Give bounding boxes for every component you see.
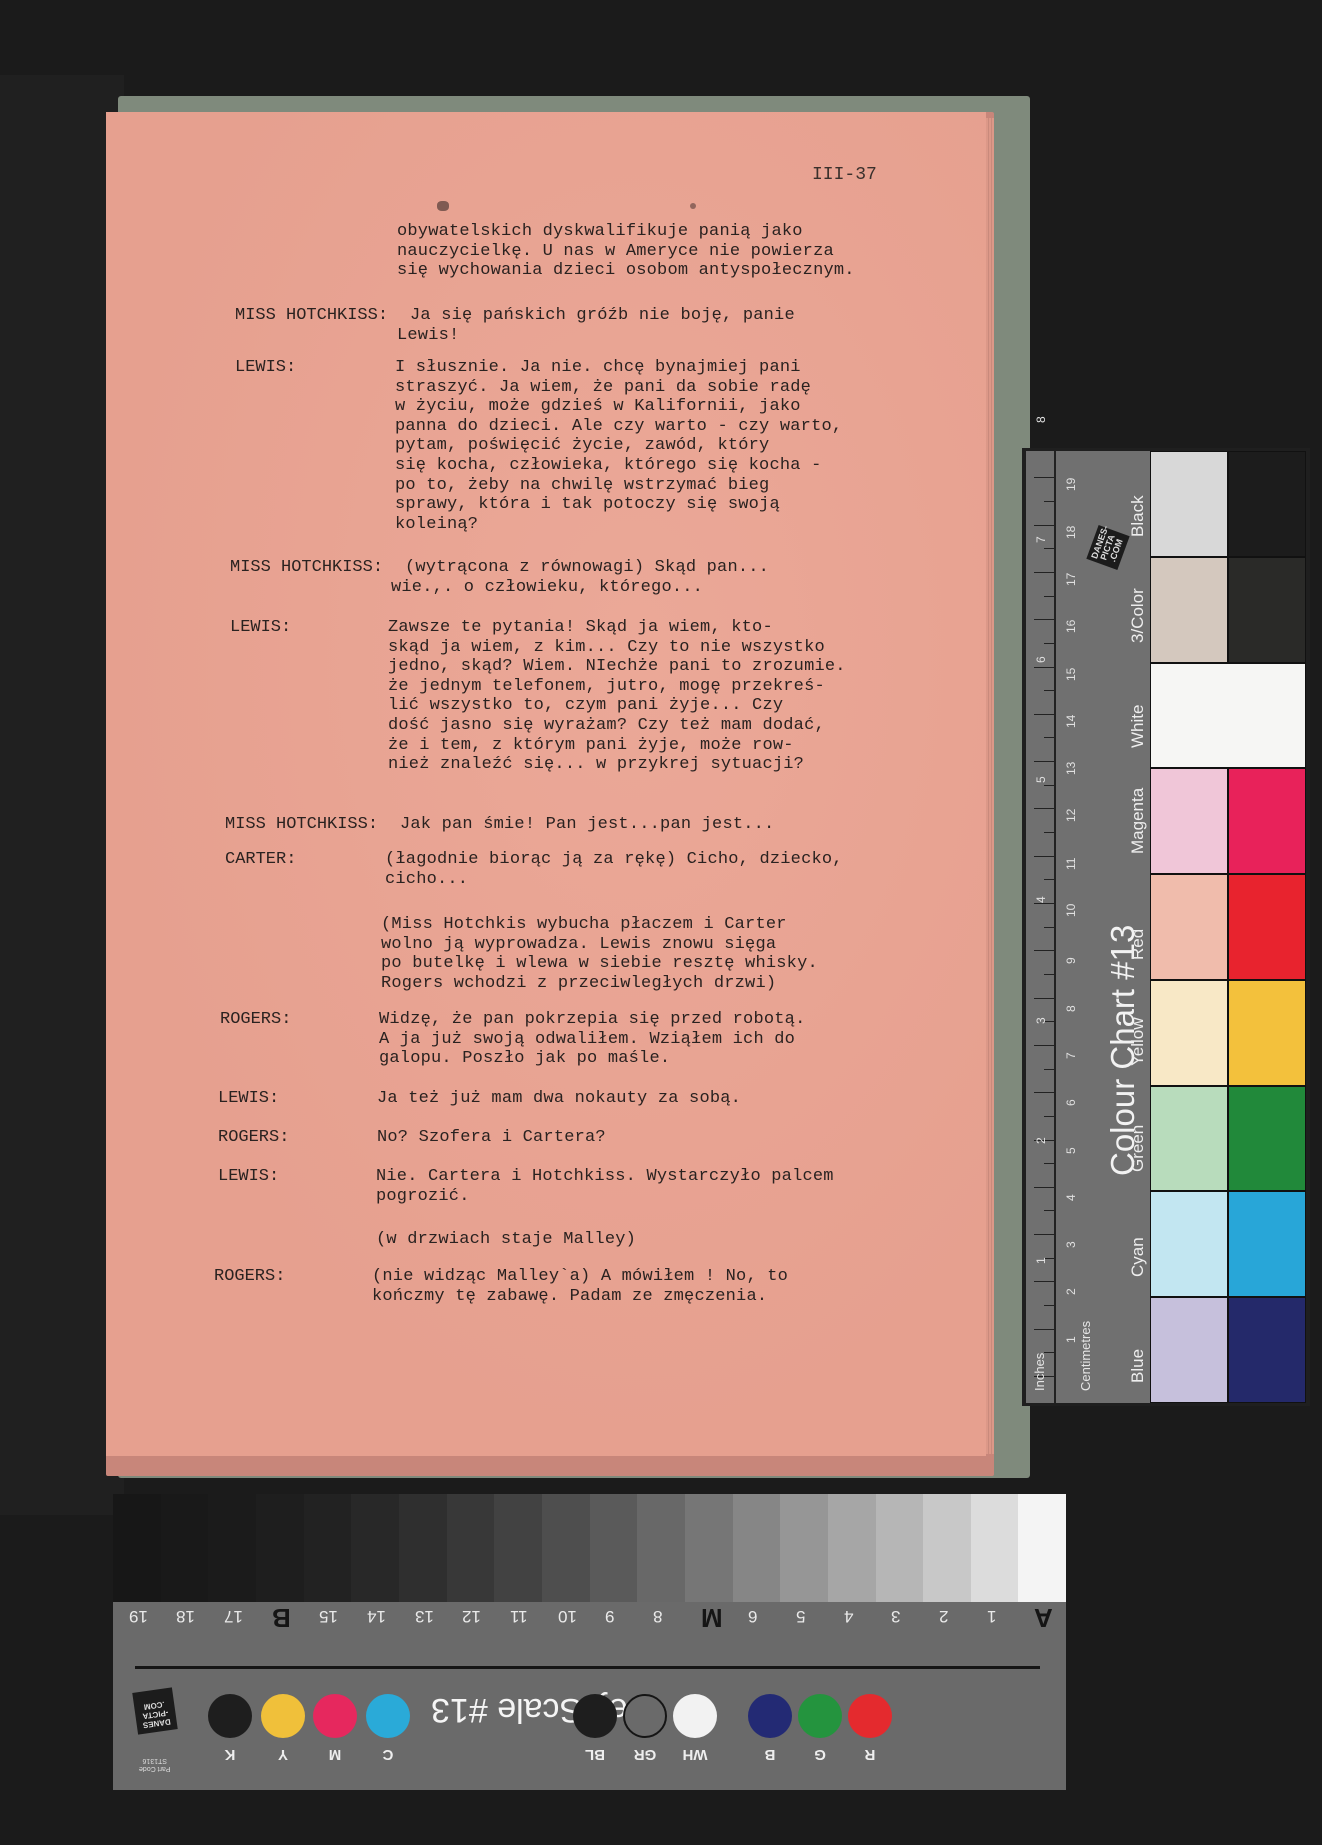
cm-tick-label: 8 bbox=[1064, 1005, 1078, 1012]
dot-label: C bbox=[366, 1746, 410, 1763]
speaker-label: ROGERS: bbox=[218, 1128, 289, 1147]
dot-label: B bbox=[748, 1746, 792, 1763]
dialogue-text: Ja się pańskich gróźb nie boję, panie bbox=[410, 306, 795, 326]
inch-tick-label: 2 bbox=[1034, 1137, 1048, 1144]
dialogue-text: Lewis! bbox=[397, 326, 459, 346]
dialogue-text: Nie. Cartera i Hotchkiss. Wystarczyło pa… bbox=[376, 1167, 834, 1206]
grey-step bbox=[590, 1494, 638, 1602]
grey-step-label: 17 bbox=[224, 1606, 243, 1626]
grey-step bbox=[876, 1494, 924, 1602]
inch-tick-label: 6 bbox=[1034, 656, 1048, 663]
inches-label: Inches bbox=[1032, 1353, 1047, 1391]
speaker-label: ROGERS: bbox=[220, 1010, 291, 1029]
dialogue-text: wie.,. o człowieku, którego... bbox=[391, 578, 703, 598]
grey-step bbox=[256, 1494, 304, 1602]
part-code: Part CodeST1316 bbox=[139, 1756, 171, 1772]
inch-tick-label: 7 bbox=[1034, 536, 1048, 543]
dot-r bbox=[848, 1694, 892, 1738]
ruler-tick bbox=[1044, 1210, 1054, 1211]
dot-label: K bbox=[208, 1746, 252, 1763]
dialogue-text: (nie widząc Malley`a) A mówiłem ! No, to… bbox=[372, 1267, 788, 1306]
swatch-magenta-dark bbox=[1228, 768, 1306, 874]
swatch-blue-dark bbox=[1228, 1297, 1306, 1403]
inch-tick-label: 8 bbox=[1034, 416, 1048, 423]
ruler-tick bbox=[1044, 501, 1054, 502]
colour-chart-label-band: Colour Chart #13 Inches Centimetres DANE… bbox=[1026, 451, 1150, 1403]
ruler-tick bbox=[1034, 572, 1054, 573]
grey-step bbox=[351, 1494, 399, 1602]
grey-step bbox=[780, 1494, 828, 1602]
centimetres-label: Centimetres bbox=[1078, 1321, 1093, 1391]
cm-tick-label: 17 bbox=[1064, 573, 1078, 586]
cm-tick-label: 4 bbox=[1064, 1194, 1078, 1201]
colour-chart: Colour Chart #13 Inches Centimetres DANE… bbox=[1022, 448, 1310, 1406]
grey-step bbox=[304, 1494, 352, 1602]
grey-step bbox=[733, 1494, 781, 1602]
ruler-tick bbox=[1034, 477, 1054, 478]
grey-step-label: 11 bbox=[510, 1606, 528, 1626]
grey-step-label: 10 bbox=[558, 1606, 577, 1626]
dialogue-text: (wytrącona z równowagi) Skąd pan... bbox=[405, 558, 769, 578]
ruler-tick bbox=[1044, 690, 1054, 691]
grey-step bbox=[923, 1494, 971, 1602]
dialogue-text: (w drzwiach staje Malley) bbox=[376, 1230, 636, 1250]
speaker-label: CARTER: bbox=[225, 850, 296, 869]
swatch-label: Red bbox=[1128, 929, 1148, 960]
swatch-white bbox=[1150, 663, 1306, 769]
dot-c bbox=[366, 1694, 410, 1738]
dialogue-text: Jak pan śmie! Pan jest...pan jest... bbox=[400, 815, 774, 835]
swatch-label: Green bbox=[1128, 1124, 1148, 1171]
cm-tick-label: 16 bbox=[1064, 620, 1078, 633]
ruler-tick bbox=[1034, 1281, 1054, 1282]
grey-step-label: 9 bbox=[605, 1606, 614, 1626]
grey-step bbox=[161, 1494, 209, 1602]
ruler-tick bbox=[1044, 1069, 1054, 1070]
swatch-label: Cyan bbox=[1128, 1238, 1148, 1278]
ruler-tick bbox=[1034, 1187, 1054, 1188]
grey-step-label: B bbox=[272, 1602, 291, 1633]
ruler-tick bbox=[1044, 974, 1054, 975]
dot-gr bbox=[623, 1694, 667, 1738]
swatch-red-dark bbox=[1228, 874, 1306, 980]
swatch-green-dark bbox=[1228, 1086, 1306, 1192]
swatch-label: 3/Color bbox=[1128, 588, 1148, 643]
grey-step-label: 13 bbox=[415, 1606, 434, 1626]
cm-tick-label: 19 bbox=[1064, 478, 1078, 491]
ruler-tick bbox=[1034, 950, 1054, 951]
cm-tick-label: 12 bbox=[1064, 809, 1078, 822]
inch-tick-label: 1 bbox=[1034, 1257, 1048, 1264]
ruler-tick bbox=[1034, 1092, 1054, 1093]
dot-y bbox=[261, 1694, 305, 1738]
dialogue-text: I słusznie. Ja nie. chcę bynajmiej pani … bbox=[395, 358, 842, 534]
cm-tick-label: 2 bbox=[1064, 1289, 1078, 1296]
cm-tick-label: 13 bbox=[1064, 762, 1078, 775]
ruler-tick bbox=[1034, 619, 1054, 620]
swatch-magenta-light bbox=[1150, 768, 1228, 874]
grey-step-label: 4 bbox=[844, 1606, 853, 1626]
dot-label: R bbox=[848, 1746, 892, 1763]
dialogue-text: Widzę, że pan pokrzepia się przed robotą… bbox=[379, 1010, 805, 1069]
ruler-tick bbox=[1034, 714, 1054, 715]
ruler-tick bbox=[1034, 1234, 1054, 1235]
cm-tick-label: 15 bbox=[1064, 667, 1078, 680]
grey-step bbox=[113, 1494, 161, 1602]
grey-step-label: 15 bbox=[319, 1606, 338, 1626]
swatch-green-light bbox=[1150, 1086, 1228, 1192]
ruler-tick bbox=[1044, 1163, 1054, 1164]
ruler-tick bbox=[1044, 832, 1054, 833]
dialogue-text: (łagodnie biorąc ją za rękę) Cicho, dzie… bbox=[385, 850, 843, 889]
cm-tick-label: 6 bbox=[1064, 1100, 1078, 1107]
grey-step bbox=[447, 1494, 495, 1602]
swatch-label: Yellow bbox=[1128, 1017, 1148, 1066]
divider-line bbox=[135, 1666, 1040, 1669]
inch-tick-label: 3 bbox=[1034, 1017, 1048, 1024]
speaker-label: ROGERS: bbox=[214, 1267, 285, 1286]
grey-step-label: 19 bbox=[129, 1606, 148, 1626]
dot-label: WH bbox=[673, 1746, 717, 1763]
grey-step-label: 5 bbox=[796, 1606, 805, 1626]
dot-wh bbox=[673, 1694, 717, 1738]
swatch-yellow-dark bbox=[1228, 980, 1306, 1086]
swatch-cyan-dark bbox=[1228, 1191, 1306, 1297]
danes-picta-logo: DANES-PICTA.COM bbox=[132, 1687, 177, 1734]
ruler-tick bbox=[1034, 856, 1054, 857]
cm-tick-label: 7 bbox=[1064, 1052, 1078, 1059]
speaker-label: LEWIS: bbox=[235, 358, 296, 377]
swatch-label: Magenta bbox=[1128, 788, 1148, 854]
ruler-tick bbox=[1044, 1116, 1054, 1117]
grey-step-label: A bbox=[1034, 1602, 1053, 1633]
ruler-tick bbox=[1044, 1305, 1054, 1306]
ruler-tick bbox=[1034, 998, 1054, 999]
swatch-label: Black bbox=[1128, 495, 1148, 537]
grey-step-label: M bbox=[701, 1602, 723, 1633]
dot-label: BL bbox=[573, 1746, 617, 1763]
grey-step bbox=[542, 1494, 590, 1602]
speaker-label: MISS HOTCHKISS: bbox=[235, 306, 388, 325]
grey-scale-card: 191817B15141312111098M654321A Grey Scale… bbox=[113, 1494, 1066, 1790]
swatch-yellow-light bbox=[1150, 980, 1228, 1086]
speaker-label: LEWIS: bbox=[230, 618, 291, 637]
grey-step-label: 3 bbox=[891, 1606, 900, 1626]
dot-label: Y bbox=[261, 1746, 305, 1763]
swatch-label: Blue bbox=[1128, 1349, 1148, 1383]
ruler-tick bbox=[1044, 785, 1054, 786]
dot-label: GR bbox=[623, 1746, 667, 1763]
cm-tick-label: 18 bbox=[1064, 525, 1078, 538]
speaker-label: LEWIS: bbox=[218, 1167, 279, 1186]
cm-tick-label: 5 bbox=[1064, 1147, 1078, 1154]
grey-step-label: 2 bbox=[939, 1606, 948, 1626]
ruler-tick bbox=[1034, 667, 1054, 668]
grey-step-label: 1 bbox=[987, 1606, 996, 1626]
ruler-tick bbox=[1044, 643, 1054, 644]
ruler-tick bbox=[1034, 1045, 1054, 1046]
ruler-tick bbox=[1034, 525, 1054, 526]
speaker-label: MISS HOTCHKISS: bbox=[230, 558, 383, 577]
ruler-tick bbox=[1034, 903, 1054, 904]
ruler-tick bbox=[1034, 808, 1054, 809]
swatch-black-light bbox=[1150, 451, 1228, 557]
swatch-3-color-dark bbox=[1228, 557, 1306, 663]
grey-step-label: 6 bbox=[748, 1606, 757, 1626]
cm-tick-label: 3 bbox=[1064, 1241, 1078, 1248]
ruler-tick bbox=[1044, 927, 1054, 928]
inch-tick-label: 5 bbox=[1034, 777, 1048, 784]
swatch-3-color-light bbox=[1150, 557, 1228, 663]
grey-step bbox=[685, 1494, 733, 1602]
cm-tick-label: 14 bbox=[1064, 714, 1078, 727]
grey-step-label: 14 bbox=[367, 1606, 386, 1626]
cm-tick-label: 10 bbox=[1064, 904, 1078, 917]
swatch-cyan-light bbox=[1150, 1191, 1228, 1297]
grey-steps bbox=[113, 1494, 1066, 1602]
dot-k bbox=[208, 1694, 252, 1738]
dot-b bbox=[748, 1694, 792, 1738]
swatch-black-dark bbox=[1228, 451, 1306, 557]
dialogue-text: obywatelskich dyskwalifikuje panią jako … bbox=[397, 222, 855, 281]
page-edges bbox=[986, 118, 994, 1454]
dot-g bbox=[798, 1694, 842, 1738]
grey-step bbox=[399, 1494, 447, 1602]
ink-smudge bbox=[690, 203, 696, 209]
swatch-blue-light bbox=[1150, 1297, 1228, 1403]
dot-label: M bbox=[313, 1746, 357, 1763]
inch-tick-label: 4 bbox=[1034, 897, 1048, 904]
ink-smudge bbox=[437, 201, 449, 211]
speaker-label: MISS HOTCHKISS: bbox=[225, 815, 378, 834]
danes-picta-logo: DANES-PICTA .COM bbox=[1086, 525, 1129, 570]
grey-step-label: 12 bbox=[462, 1606, 481, 1626]
ruler-tick bbox=[1044, 548, 1054, 549]
ruler-tick bbox=[1034, 1329, 1054, 1330]
grey-step-label: 8 bbox=[653, 1606, 662, 1626]
ruler-tick bbox=[1044, 879, 1054, 880]
cm-tick-label: 1 bbox=[1064, 1336, 1078, 1343]
ruler-tick bbox=[1044, 737, 1054, 738]
dot-bl bbox=[573, 1694, 617, 1738]
dialogue-text: (Miss Hotchkis wybucha płaczem i Carter … bbox=[381, 915, 818, 993]
dot-m bbox=[313, 1694, 357, 1738]
grey-step-labels: 191817B15141312111098M654321A bbox=[113, 1606, 1066, 1646]
ruler-tick bbox=[1034, 761, 1054, 762]
swatch-label: White bbox=[1128, 705, 1148, 748]
grey-step-label: 18 bbox=[176, 1606, 195, 1626]
cm-tick-label: 11 bbox=[1064, 857, 1078, 869]
ruler-tick bbox=[1044, 596, 1054, 597]
page-number: III-37 bbox=[812, 165, 877, 185]
grey-step bbox=[1018, 1494, 1066, 1602]
cm-tick-label: 9 bbox=[1064, 958, 1078, 965]
grey-step bbox=[971, 1494, 1019, 1602]
dialogue-text: Ja też już mam dwa nokauty za sobą. bbox=[377, 1089, 741, 1109]
grey-step bbox=[494, 1494, 542, 1602]
grey-step bbox=[208, 1494, 256, 1602]
dialogue-text: No? Szofera i Cartera? bbox=[377, 1128, 606, 1148]
dialogue-text: Zawsze te pytania! Skąd ja wiem, kto- sk… bbox=[388, 618, 846, 775]
swatch-red-light bbox=[1150, 874, 1228, 980]
grey-step bbox=[828, 1494, 876, 1602]
speaker-label: LEWIS: bbox=[218, 1089, 279, 1108]
grey-step bbox=[637, 1494, 685, 1602]
dot-label: G bbox=[798, 1746, 842, 1763]
